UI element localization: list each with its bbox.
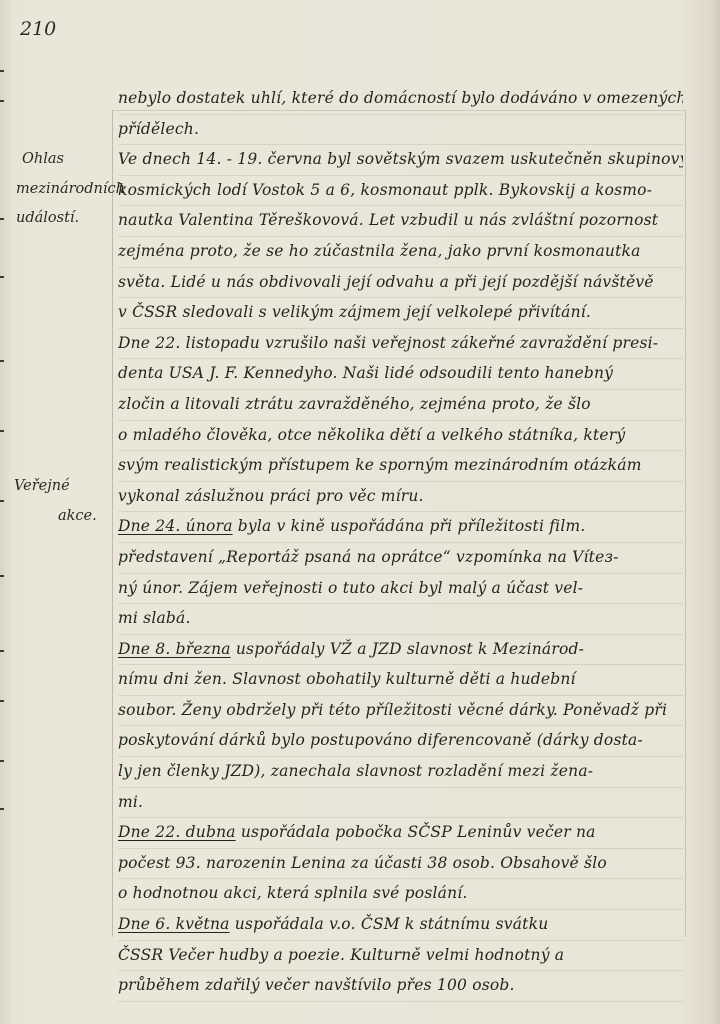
text-line: kosmických lodí Vostok 5 a 6, kosmonaut … (118, 176, 683, 207)
text-line: poskytování dárků bylo postupováno difer… (118, 726, 683, 757)
text-line: počest 93. narozenin Lenina za účasti 38… (118, 849, 683, 880)
handwritten-body: nebylo dostatek uhlí, které do domácnost… (118, 84, 683, 1002)
text-line: nautka Valentina Těreškovová. Let vzbudi… (118, 206, 683, 237)
text-line: Ve dnech 14. - 19. června byl sovětským … (118, 145, 683, 176)
text-line: průběhem zdařilý večer navštívilo přes 1… (118, 971, 683, 1002)
text-line: zločin a litovali ztrátu zavražděného, z… (118, 390, 683, 421)
text-line: Dne 22. dubna uspořádala pobočka SČSP Le… (118, 818, 683, 849)
margin-note-line: akce. (14, 502, 97, 532)
text-line: nímu dni žen. Slavnost obohatily kulturn… (118, 665, 683, 696)
underlined-date: Dne 8. března (118, 640, 231, 658)
underlined-date: Dne 6. května (118, 915, 230, 933)
text-line: ČSSR Večer hudby a poezie. Kulturně velm… (118, 941, 683, 972)
margin-note-line: událostí. (16, 204, 125, 234)
text-line: soubor. Ženy obdržely při této příležito… (118, 696, 683, 727)
text-line: denta USA J. F. Kennedyho. Naši lidé ods… (118, 359, 683, 390)
margin-note-line: mezinárodních (16, 175, 125, 205)
page-number: 210 (20, 18, 56, 40)
text-line: v ČSSR sledovali s velikým zájmem její v… (118, 298, 683, 329)
text-line: mi. (118, 788, 683, 819)
text-line: o mladého člověka, otce několika dětí a … (118, 421, 683, 452)
margin-note-line: Veřejné (14, 472, 97, 502)
text-line: svým realistickým přístupem ke sporným m… (118, 451, 683, 482)
text-line: Dne 22. listopadu vzrušilo naši veřejnos… (118, 329, 683, 360)
margin-note-line: Ohlas (16, 145, 125, 175)
text-line: přídělech. (118, 115, 683, 146)
text-line: o hodnotnou akci, která splnila své posl… (118, 879, 683, 910)
text-line: Dne 8. března uspořádaly VŽ a JZD slavno… (118, 635, 683, 666)
chronicle-page: 210 Ohlas mezinárodních událostí. Veřejn… (0, 0, 720, 1024)
margin-note-international-events: Ohlas mezinárodních událostí. (16, 145, 125, 234)
text-line: ný únor. Zájem veřejnosti o tuto akci by… (118, 574, 683, 605)
margin-rule (112, 110, 113, 936)
text-line: zejména proto, že se ho zúčastnila žena,… (118, 237, 683, 268)
binding-edge (0, 0, 6, 1024)
text-line: ly jen členky JZD), zanechala slavnost r… (118, 757, 683, 788)
text-line: mi slabá. (118, 604, 683, 635)
text-line: představení „Reportáž psaná na oprátce“ … (118, 543, 683, 574)
text-line: nebylo dostatek uhlí, které do domácnost… (118, 84, 683, 115)
text-line: Dne 24. února byla v kině uspořádána při… (118, 512, 683, 543)
text-line: světa. Lidé u nás obdivovali její odvahu… (118, 268, 683, 299)
text-line: Dne 6. května uspořádala v.o. ČSM k stát… (118, 910, 683, 941)
underlined-date: Dne 24. února (118, 517, 233, 535)
text-line: vykonal záslužnou práci pro věc míru. (118, 482, 683, 513)
margin-note-public-events: Veřejné akce. (14, 472, 97, 531)
underlined-date: Dne 22. dubna (118, 823, 236, 841)
